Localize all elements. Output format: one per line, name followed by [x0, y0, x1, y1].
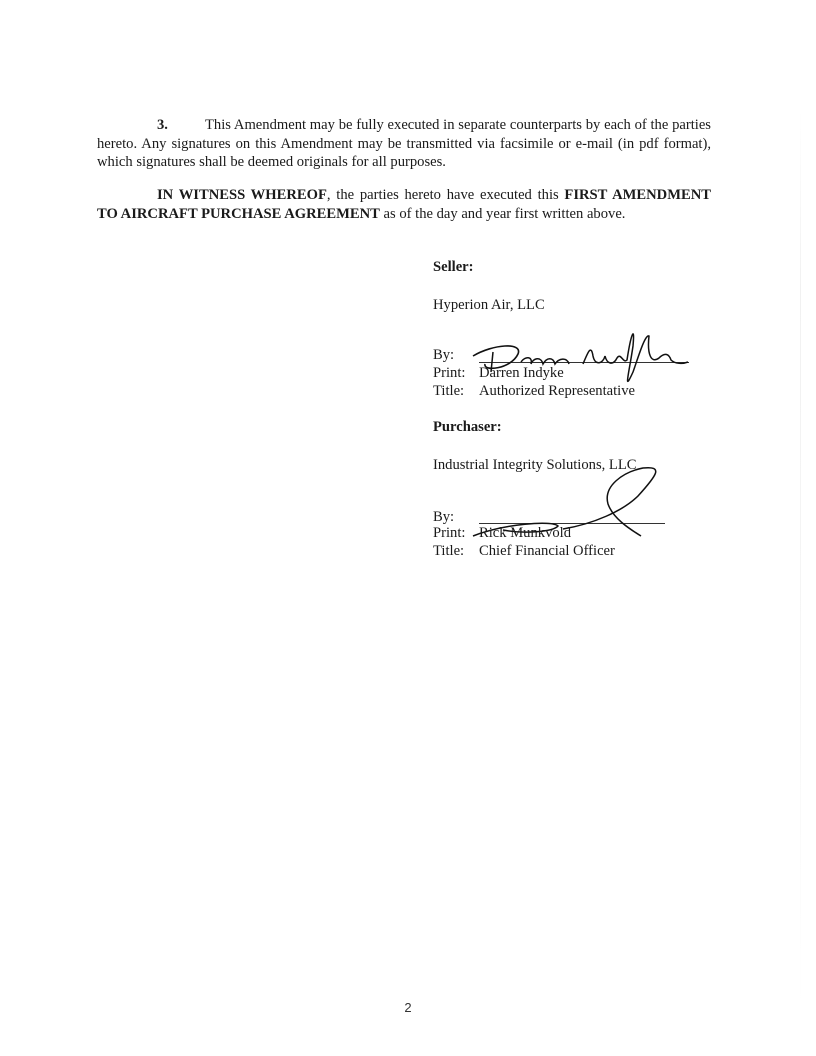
purchaser-heading: Purchaser: [433, 418, 502, 436]
seller-print-row: Print:Darren Indyke [433, 364, 564, 382]
purchaser-print-row: Print:Rick Munkvold [433, 524, 571, 542]
scan-edge-artifact [800, 110, 801, 1010]
document-page: 3.This Amendment may be fully executed i… [0, 0, 816, 1056]
section-number: 3. [157, 116, 205, 135]
seller-print-name: Darren Indyke [479, 365, 564, 381]
section-3-paragraph: 3.This Amendment may be fully executed i… [97, 116, 711, 172]
seller-heading: Seller: [433, 258, 474, 276]
purchaser-print-name: Rick Munkvold [479, 525, 571, 541]
purchaser-title-row: Title:Chief Financial Officer [433, 542, 615, 560]
witness-lead: IN WITNESS WHEREOF [157, 187, 327, 203]
seller-title-row: Title:Authorized Representative [433, 382, 635, 400]
page-number: 2 [0, 1000, 816, 1015]
witness-text: , the parties hereto have executed this [327, 187, 565, 203]
seller-title-value: Authorized Representative [479, 383, 635, 399]
purchaser-title-value: Chief Financial Officer [479, 543, 615, 559]
witness-tail: as of the day and year first written abo… [380, 206, 626, 222]
witness-paragraph: IN WITNESS WHEREOF, the parties hereto h… [97, 186, 711, 223]
